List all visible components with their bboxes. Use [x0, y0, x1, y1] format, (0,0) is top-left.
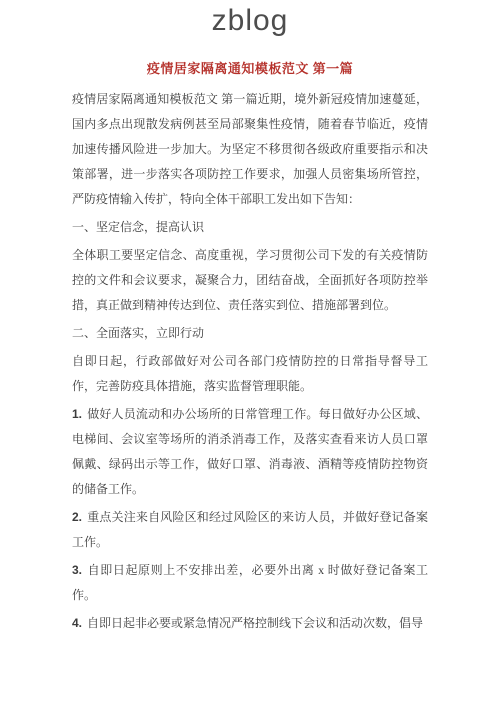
- section-heading-1: 一、坚定信念，提高认识: [72, 215, 428, 240]
- item-number-2: 2.: [72, 510, 82, 524]
- item-text-1: 做好人员流动和办公场所的日常管理工作。每日做好办公区域、电梯间、会议室等场所的消…: [72, 407, 428, 496]
- paragraph-intro: 疫情居家隔离通知模板范文 第一篇近期，境外新冠疫情加速蔓延，国内多点出现散发病例…: [72, 87, 428, 212]
- item-text-3: 自即日起原则上不安排出差，必要外出离 x 时做好登记备案工作。: [72, 563, 428, 602]
- section-heading-2: 二、全面落实，立即行动: [72, 321, 428, 346]
- numbered-item-1: 1.做好人员流动和办公场所的日常管理工作。每日做好办公区域、电梯间、会议室等场所…: [72, 402, 428, 502]
- article: 疫情居家隔离通知模板范文 第一篇 疫情居家隔离通知模板范文 第一篇近期，境外新冠…: [72, 60, 428, 636]
- item-number-4: 4.: [72, 616, 82, 630]
- paragraph-section-1: 全体职工要坚定信念、高度重视，学习贯彻公司下发的有关疫情防控的文件和会议要求，凝…: [72, 243, 428, 318]
- numbered-item-3: 3.自即日起原则上不安排出差，必要外出离 x 时做好登记备案工作。: [72, 558, 428, 608]
- item-number-3: 3.: [72, 563, 82, 577]
- item-number-1: 1.: [72, 407, 82, 421]
- item-text-2: 重点关注来自风险区和经过风险区的来访人员，并做好登记备案工作。: [72, 510, 428, 549]
- numbered-item-4: 4.自即日起非必要或紧急情况严格控制线下会议和活动次数，倡导: [72, 611, 428, 636]
- page: { "theme": { "accent_color": "#b5302a", …: [0, 0, 500, 707]
- site-header: zblog: [0, 0, 500, 39]
- item-text-4: 自即日起非必要或紧急情况严格控制线下会议和活动次数，倡导: [87, 616, 423, 630]
- paragraph-section-2: 自即日起，行政部做好对公司各部门疫情防控的日常指导督导工作，完善防疫具体措施，落…: [72, 349, 428, 399]
- article-body: 疫情居家隔离通知模板范文 第一篇近期，境外新冠疫情加速蔓延，国内多点出现散发病例…: [72, 87, 428, 636]
- numbered-item-2: 2.重点关注来自风险区和经过风险区的来访人员，并做好登记备案工作。: [72, 505, 428, 555]
- site-logo[interactable]: zblog: [0, 3, 500, 39]
- article-title[interactable]: 疫情居家隔离通知模板范文 第一篇: [72, 60, 428, 78]
